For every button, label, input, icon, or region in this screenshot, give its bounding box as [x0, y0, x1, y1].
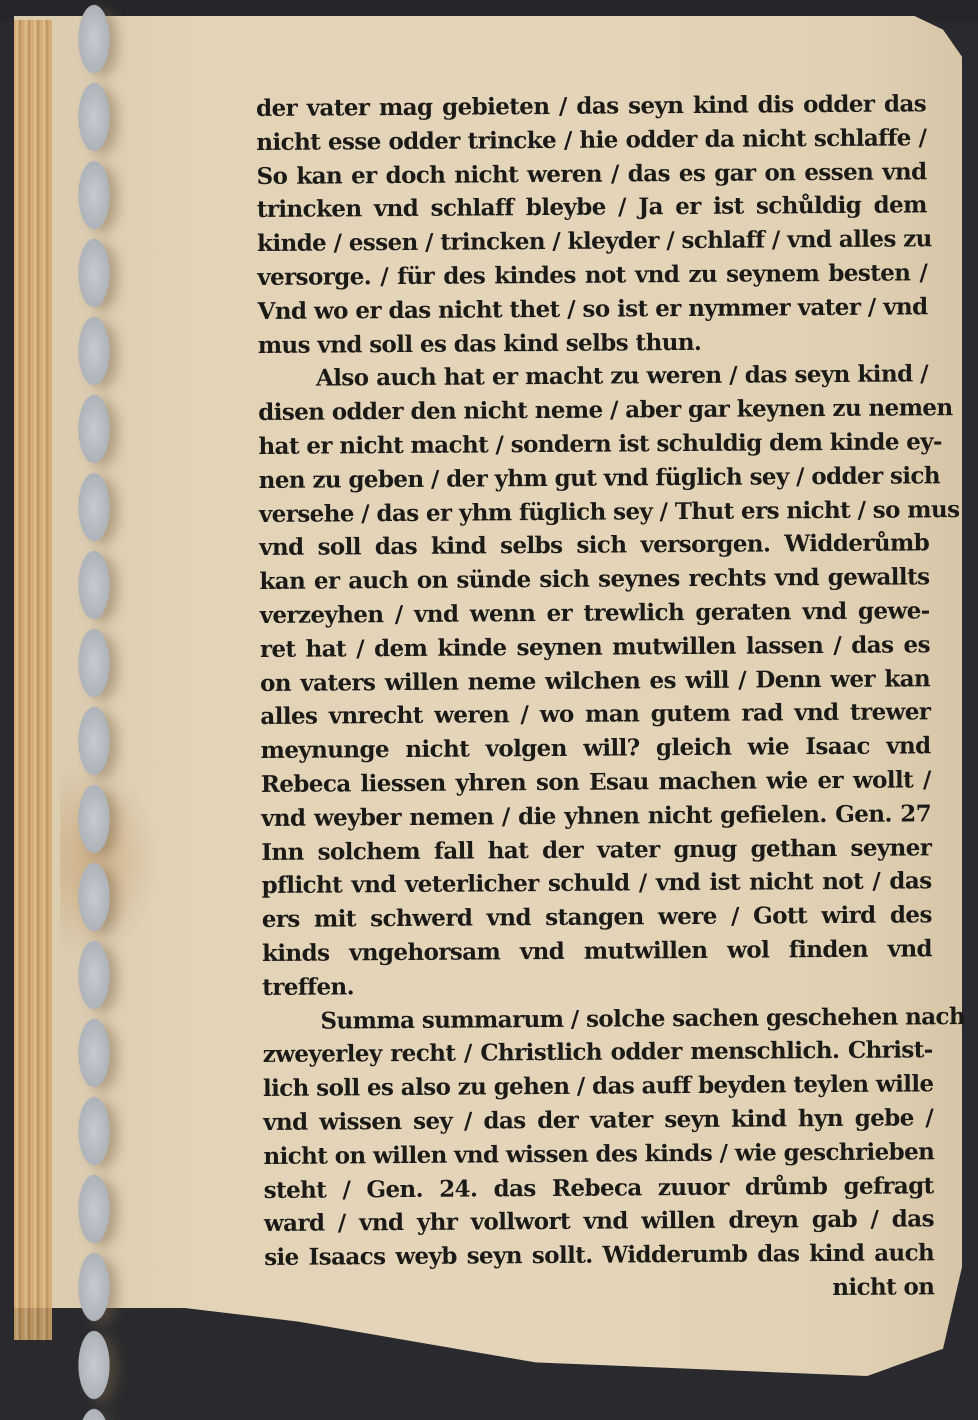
text-line: meynunge nicht volgen will? gleich wie I…	[260, 729, 930, 767]
text-line: vnd wissen sey / das der vater seyn kind…	[263, 1101, 933, 1139]
text-line: kan er auch on sünde sich seynes rechts …	[259, 560, 929, 598]
text-line: treffen.	[262, 966, 932, 1004]
text-line: versehe / das er yhm füglich sey / Thut …	[259, 493, 929, 531]
text-line: nicht on willen vnd wissen des kinds / w…	[263, 1135, 933, 1173]
catchword: nicht on	[264, 1270, 934, 1308]
text-line: Rebeca liessen yhren son Esau machen wie…	[261, 763, 931, 801]
text-line: pflicht vnd veterlicher schuld / vnd ist…	[261, 865, 931, 903]
text-line: ward / vnd yhr vollwort vnd willen dreyn…	[264, 1203, 934, 1241]
text-line: trincken vnd schlaff bleybe / Ja er ist …	[257, 189, 927, 227]
text-line: Vnd wo er das nicht thet / so ist er nym…	[257, 290, 927, 328]
text-line: ret hat / dem kinde seynen mutwillen las…	[260, 628, 930, 666]
text-line: kinde / essen / trincken / kleyder / sch…	[257, 223, 927, 261]
text-line: So kan er doch nicht weren / das es gar …	[256, 155, 926, 193]
text-line: Inn solchem fall hat der vater gnug geth…	[261, 831, 931, 869]
text-line: zweyerley recht / Christlich odder mensc…	[263, 1034, 933, 1072]
text-line: nen zu geben / der yhm gut vnd füglich s…	[259, 459, 929, 497]
page-edges-left	[14, 20, 52, 1340]
text-line: alles vnrecht weren / wo man gutem rad v…	[260, 696, 930, 734]
page-text: der vater mag gebieten / das seyn kind d…	[256, 87, 934, 1308]
text-line: vnd weyber nemen / die yhnen nicht gefie…	[261, 797, 931, 835]
text-line: steht / Gen. 24. das Rebeca zuuor drůmb …	[264, 1169, 934, 1207]
text-line: nicht esse odder trincke / hie odder da …	[256, 121, 926, 159]
text-line: mus vnd soll es das kind selbs thun.	[258, 324, 928, 362]
text-line: der vater mag gebieten / das seyn kind d…	[256, 87, 926, 125]
text-line: kinds vngehorsam vnd mutwillen wol finde…	[262, 932, 932, 970]
text-line: lich soll es also zu gehen / das auff be…	[263, 1067, 933, 1105]
weight-cord	[70, 0, 118, 1420]
paragraph-start: Summa summarum / solche sachen geschehen…	[262, 1000, 932, 1038]
text-line: verzeyhen / vnd wenn er trewlich geraten…	[260, 594, 930, 632]
text-line: vnd soll das kind selbs sich versorgen. …	[259, 527, 929, 565]
paragraph-start: Also auch hat er macht zu weren / das se…	[258, 358, 928, 396]
text-line: on vaters willen neme wilchen es will / …	[260, 662, 930, 700]
text-line: disen odder den nicht neme / aber gar ke…	[258, 391, 928, 429]
text-line: versorge. / für des kindes not vnd zu se…	[257, 256, 927, 294]
text-line: sie Isaacs weyb seyn sollt. Widderumb da…	[264, 1236, 934, 1274]
text-line: ers mit schwerd vnd stangen were / Gott …	[262, 898, 932, 936]
text-line: hat er nicht macht / sondern ist schuldi…	[258, 425, 928, 463]
